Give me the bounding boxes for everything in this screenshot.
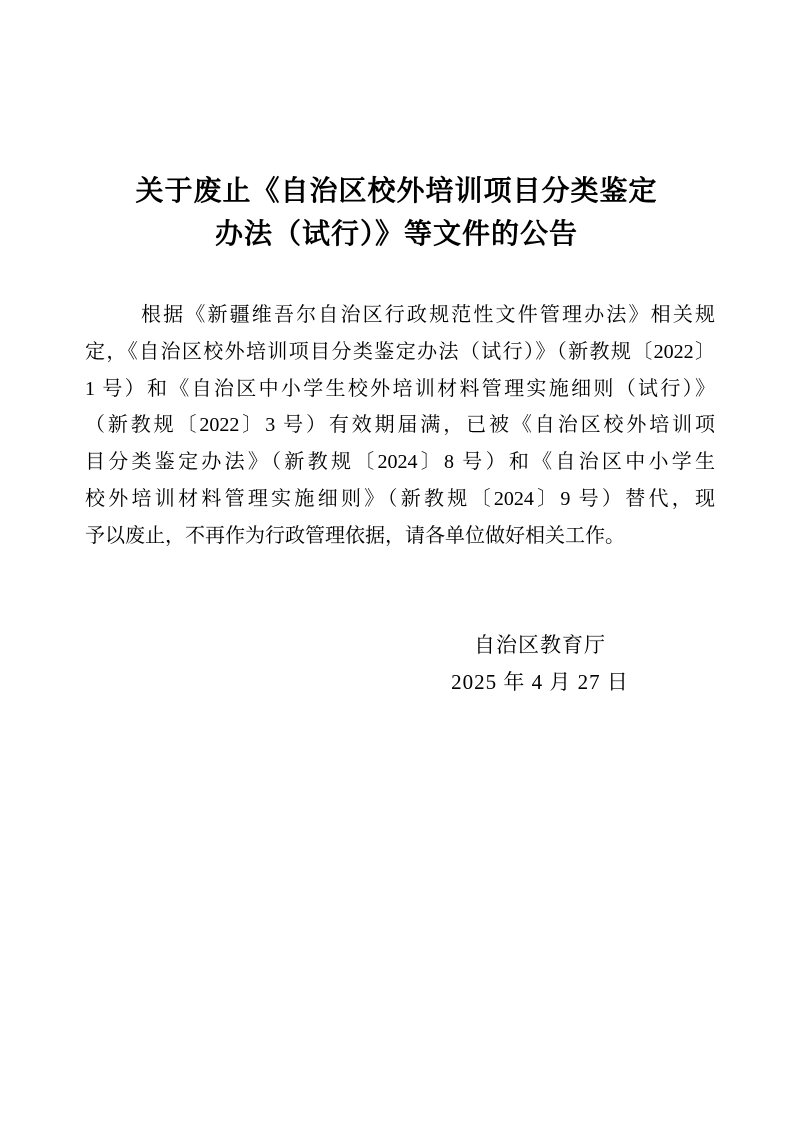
body-text-line: （新教规〔2022〕3 号）有效期届满，已被《自治区校外培训项 [85,407,715,444]
body-text-line: 定，《自治区校外培训项目分类鉴定办法（试行）》（新教规〔2022〕 [85,334,715,371]
document-title: 关于废止《自治区校外培训项目分类鉴定办法（试行）》等文件的公告 [0,170,793,256]
signature-block: 自治区教育厅 2025 年 4 月 27 日 [287,627,793,701]
signature-org: 自治区教育厅 [287,627,793,664]
body-text-line: 1 号）和《自治区中小学生校外培训材料管理实施细则（试行）》 [85,371,715,408]
document-page: 关于废止《自治区校外培训项目分类鉴定办法（试行）》等文件的公告 根据《新疆维吾尔… [0,0,793,1122]
document-body: 根据《新疆维吾尔自治区行政规范性文件管理办法》相关规定，《自治区校外培训项目分类… [85,297,715,555]
body-text-line: 目分类鉴定办法》（新教规〔2024〕8 号）和《自治区中小学生 [85,444,715,481]
document-title-line: 办法（试行）》等文件的公告 [0,213,793,256]
body-text-line: 根据《新疆维吾尔自治区行政规范性文件管理办法》相关规 [85,297,715,334]
body-text-line: 予以废止，不再作为行政管理依据，请各单位做好相关工作。 [85,518,715,555]
document-title-line: 关于废止《自治区校外培训项目分类鉴定 [0,170,793,213]
signature-date: 2025 年 4 月 27 日 [287,664,793,701]
body-text-line: 校外培训材料管理实施细则》（新教规〔2024〕9 号）替代，现 [85,481,715,518]
